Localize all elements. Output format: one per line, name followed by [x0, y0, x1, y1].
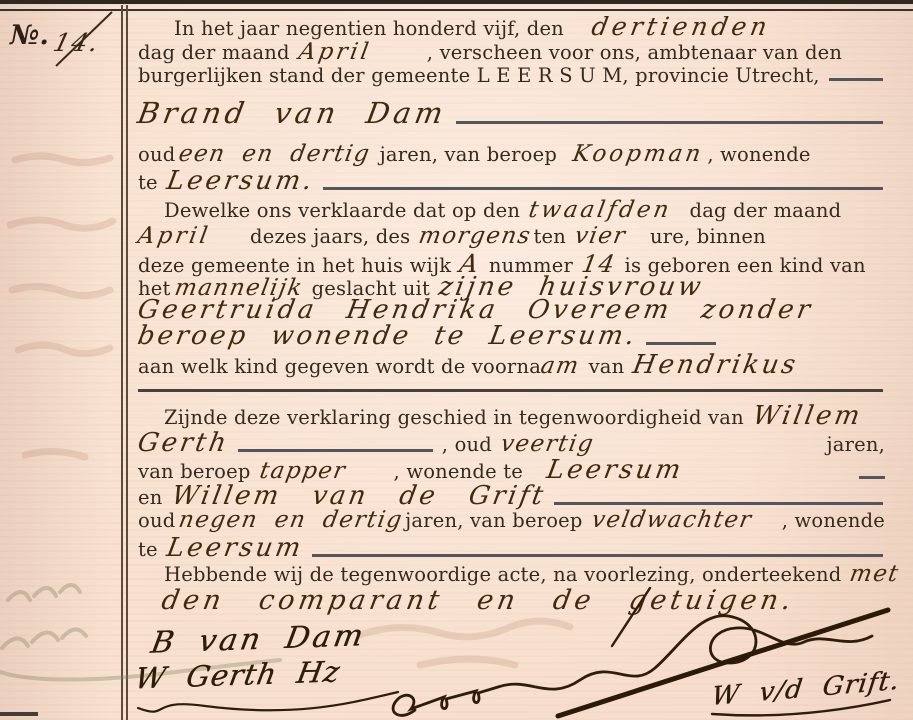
act-line-3: burgerlijken stand der gemeente L E E R … — [138, 64, 885, 87]
act-line-21: den comparant en de getuigen. — [138, 585, 885, 616]
handwritten-birth-day: twaalfden — [527, 197, 674, 223]
act-line-19: te Leersum — [138, 533, 885, 563]
printed-text: te — [138, 538, 158, 561]
act-line-14: Zijnde deze verklaring geschied in tegen… — [138, 401, 885, 431]
act-line-7: Dewelke ons verklaarde dat op den twaalf… — [138, 197, 885, 223]
act-line-5: oud een en dertig jaren, van beroep Koop… — [138, 141, 885, 167]
printed-text: jaren, van beroep — [380, 143, 557, 166]
printed-text: dag der maand — [690, 199, 842, 222]
printed-text: oud — [138, 509, 175, 532]
act-number: 14. — [50, 28, 103, 57]
act-line-4: Brand van Dam — [138, 96, 885, 130]
blank-rule — [312, 554, 883, 557]
printed-text: , oud — [442, 433, 492, 456]
margin-vertical-rule — [121, 5, 128, 720]
handwritten-witness1-first: Willem — [750, 401, 865, 431]
printed-text: In het jaar negentien honderd vijf, den — [138, 17, 564, 40]
blank-rule — [323, 187, 883, 190]
handwritten-birth-month: April — [136, 223, 213, 249]
printed-text: ure, binnen — [650, 225, 766, 248]
act-line-6: te Leersum. — [138, 166, 885, 196]
printed-text: , wonende — [707, 143, 810, 166]
top-double-rule — [0, 0, 913, 11]
printed-text: en — [138, 486, 163, 509]
birth-record-page: №. 14. In het jaar negentien honderd vij… — [0, 0, 913, 720]
handwritten-daypart: morgens — [417, 223, 534, 249]
witness1-signature-flourish — [138, 692, 398, 712]
handwritten-mother-details: beroep wonende te Leersum. — [135, 321, 639, 351]
handwritten-witness1-last: Gerth — [135, 428, 231, 458]
signature-witness2: W v/d Grift. — [710, 666, 902, 712]
printed-text: dag der maand — [138, 41, 290, 64]
printed-text: jaren, — [827, 433, 886, 456]
act-line-1: In het jaar negentien honderd vijf, den … — [138, 12, 885, 41]
handwritten-declarant-name: Brand van Dam — [135, 96, 450, 130]
handwritten-date-ordinal: dertienden — [589, 12, 773, 41]
handwritten-correction: am — [539, 353, 582, 379]
page-bottom-corner-rule — [0, 712, 38, 716]
printed-text: oud — [138, 143, 175, 166]
section-divider-rule — [138, 389, 883, 392]
blank-rule — [829, 78, 883, 81]
printed-text: , wonende te — [394, 460, 523, 483]
act-number-block: №. 14. — [10, 20, 49, 51]
handwritten-month: April — [296, 39, 373, 65]
blank-rule — [238, 449, 433, 452]
printed-text: dezes jaars, des — [250, 225, 410, 248]
printed-text: , verscheen voor ons, ambtenaar van den — [427, 41, 842, 64]
printed-text: te — [138, 171, 158, 194]
printed-text: burgerlijken stand der gemeente L E E R … — [138, 64, 820, 87]
printed-text: van — [589, 355, 625, 378]
handwritten-witness1-age: veertig — [499, 431, 597, 457]
handwritten-occupation: Koopman — [571, 141, 706, 167]
blank-rule — [859, 476, 885, 479]
handwritten-child-name: Hendrikus — [631, 350, 801, 380]
printed-text: Zijnde deze verklaring geschied in tegen… — [138, 406, 744, 429]
printed-text: aan welk kind gegeven wordt de voorna — [138, 355, 541, 378]
handwritten-hour: vier — [573, 223, 629, 249]
no-label: №. — [10, 20, 49, 51]
blank-rule — [554, 502, 883, 505]
act-line-8: April dezes jaars, des morgens ten vier … — [138, 223, 885, 249]
handwritten-witness2-residence: Leersum — [164, 533, 306, 563]
handwritten-residence: Leersum. — [164, 166, 317, 196]
printed-text: , wonende — [782, 509, 885, 532]
printed-text: ten — [533, 225, 566, 248]
blank-rule — [646, 342, 716, 345]
handwritten-witness2-age: negen en dertig — [177, 507, 405, 533]
act-line-12: beroep wonende te Leersum. — [138, 321, 885, 351]
printed-text: Dewelke ons verklaarde dat op den — [138, 199, 520, 222]
handwritten-closing-start: met — [848, 561, 902, 587]
act-line-13: aan welk kind gegeven wordt de voorna am… — [138, 350, 885, 380]
act-line-2: dag der maand April , verscheen voor ons… — [138, 39, 885, 65]
handwritten-closing-end: den comparant en de getuigen. — [159, 585, 797, 616]
printed-text: Hebbende wij de tegenwoordige acte, na v… — [138, 563, 841, 586]
handwritten-age: een en dertig — [177, 141, 373, 167]
printed-text: van beroep — [138, 460, 251, 483]
act-line-15: Gerth , oud veertig jaren, — [138, 428, 885, 458]
act-line-20: Hebbende wij de tegenwoordige acte, na v… — [138, 561, 885, 587]
blank-rule — [456, 121, 883, 124]
signature-witness1: W Gerth Hz — [132, 654, 343, 695]
act-line-18: oud negen en dertig jaren, van beroep ve… — [138, 507, 885, 533]
printed-text: jaren, van beroep — [405, 509, 582, 532]
handwritten-witness2-occupation: veldwachter — [589, 507, 754, 533]
